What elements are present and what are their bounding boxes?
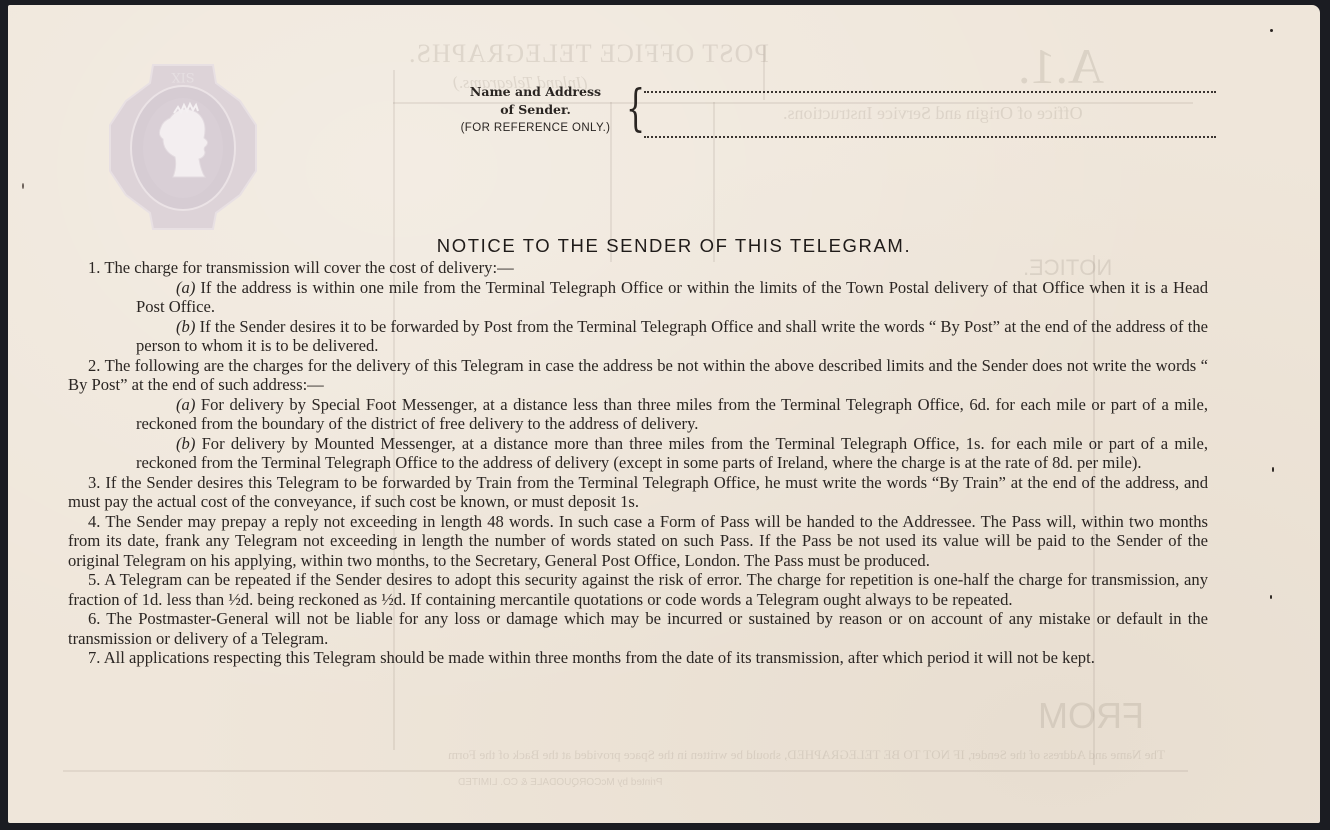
- sender-block: Name and Address of Sender. (FOR REFEREN…: [448, 83, 1228, 143]
- sender-label: Name and Address of Sender. (FOR REFEREN…: [448, 83, 623, 137]
- notice-title: NOTICE TO THE SENDER OF THIS TELEGRAM.: [8, 235, 1320, 257]
- subitem-label: (a): [176, 395, 195, 414]
- item-text: All applications respecting this Telegra…: [104, 648, 1095, 667]
- ghost-footer: The Name and Address of the Sender, IF N…: [448, 747, 1165, 763]
- notice-item-3: 3. If the Sender desires this Telegram t…: [68, 473, 1208, 512]
- subitem-label: (b): [176, 317, 195, 336]
- embossed-stamp: SIX: [108, 63, 258, 231]
- sender-address-field[interactable]: [644, 136, 1216, 138]
- item-text: A Telegram can be repeated if the Sender…: [68, 570, 1208, 609]
- item-number: 1.: [88, 258, 100, 277]
- paper-speck: [1270, 29, 1273, 32]
- item-text: The Postmaster-General will not be liabl…: [68, 609, 1208, 648]
- subitem-text: If the Sender desires it to be forwarded…: [136, 317, 1208, 356]
- notice-item-5: 5. A Telegram can be repeated if the Sen…: [68, 570, 1208, 609]
- item-number: 5.: [88, 570, 100, 589]
- queen-victoria-stamp-icon: SIX: [108, 63, 258, 231]
- item-text: The charge for transmission will cover t…: [104, 258, 513, 277]
- paper-speck: [1270, 595, 1272, 599]
- telegram-form-paper: POST OFFICE TELEGRAPHS. (Inland Telegram…: [8, 5, 1320, 823]
- sender-name-field[interactable]: [644, 91, 1216, 93]
- notice-item-4: 4. The Sender may prepay a reply not exc…: [68, 512, 1208, 571]
- sender-label-line2: of Sender.: [448, 101, 623, 119]
- subitem-text: If the address is within one mile from t…: [136, 278, 1208, 317]
- ghost-printer: Printed by McCORQUODALE & CO. LIMITED: [458, 777, 663, 788]
- notice-item-6: 6. The Postmaster-General will not be li…: [68, 609, 1208, 648]
- item-number: 2.: [88, 356, 100, 375]
- item-text: If the Sender desires this Telegram to b…: [68, 473, 1208, 512]
- notice-item-1: 1. The charge for transmission will cove…: [68, 258, 1208, 278]
- notice-body: 1. The charge for transmission will cove…: [68, 258, 1208, 668]
- item-number: 3.: [88, 473, 100, 492]
- notice-item-2a: (a) For delivery by Special Foot Messeng…: [68, 395, 1208, 434]
- item-text: The following are the charges for the de…: [68, 356, 1208, 395]
- ghost-title: POST OFFICE TELEGRAPHS.: [408, 39, 769, 69]
- item-text: The Sender may prepay a reply not exceed…: [68, 512, 1208, 570]
- curly-brace-icon: {: [626, 79, 645, 137]
- paper-speck: [22, 183, 24, 189]
- item-number: 6.: [88, 609, 100, 628]
- item-number: 4.: [88, 512, 100, 531]
- notice-item-2: 2. The following are the charges for the…: [68, 356, 1208, 395]
- subitem-label: (a): [176, 278, 195, 297]
- ghost-rule: [63, 770, 1188, 772]
- subitem-text: For delivery by Mounted Messenger, at a …: [136, 434, 1208, 473]
- stamp-value-text: SIX: [171, 69, 195, 84]
- notice-item-1a: (a) If the address is within one mile fr…: [68, 278, 1208, 317]
- sender-label-line3: (FOR REFERENCE ONLY.): [448, 119, 623, 137]
- item-number: 7.: [88, 648, 100, 667]
- subitem-text: For delivery by Special Foot Messenger, …: [136, 395, 1208, 434]
- sender-label-line1: Name and Address: [448, 83, 623, 101]
- paper-speck: [1272, 467, 1274, 472]
- subitem-label: (b): [176, 434, 195, 453]
- notice-item-7: 7. All applications respecting this Tele…: [68, 648, 1208, 668]
- notice-item-1b: (b) If the Sender desires it to be forwa…: [68, 317, 1208, 356]
- ghost-from-label: FROM: [1038, 695, 1144, 737]
- notice-item-2b: (b) For delivery by Mounted Messenger, a…: [68, 434, 1208, 473]
